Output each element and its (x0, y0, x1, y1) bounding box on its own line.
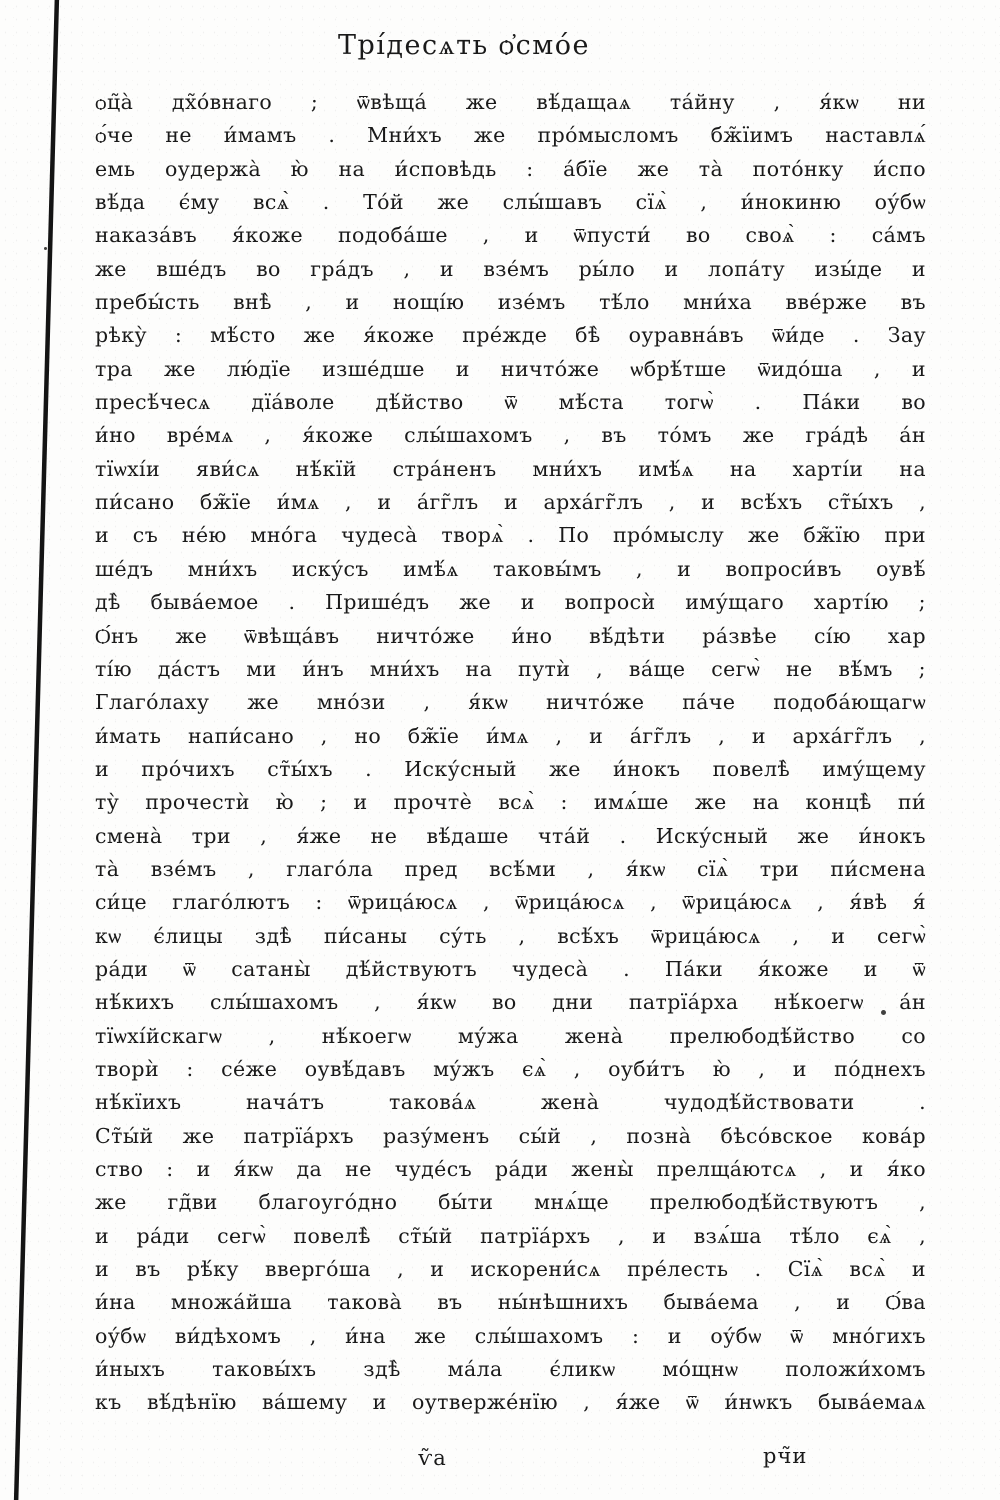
text-line: наказа́въ я́коже подоба́ше , и ѿпусти́ в… (95, 219, 926, 252)
text-line: и ра́ди сегѡ̀ повелѣ̀ ст̃ы́й патрїа́рхъ … (95, 1220, 926, 1253)
text-line: си́це глаго́лютъ : ѿрица́юсѧ , ѿрица́юсѧ… (95, 886, 926, 919)
text-line: Глаго́лаху же мно́зи , я́кѡ ничто́же па́… (95, 686, 926, 719)
text-line: и́на множа́йша такова̀ въ ны́нѣшнихъ быв… (95, 1286, 926, 1319)
text-line: и съ не́ю мно́га чудеса̀ творѧ̀ . По про… (95, 519, 926, 552)
text-line: творѝ : се́же оувѣ́давъ му́жъ єѧ̀ , оуби… (95, 1053, 926, 1086)
text-line: и́но вре́мѧ , я́коже слы́шахомъ , въ то́… (95, 419, 926, 452)
text-line: къ вѣ́дѣнїю ва́шему и оутверже́нїю , я́ж… (95, 1386, 926, 1419)
text-line: ство : и я́кѡ да не чуде́съ ра́ди жены̀ … (95, 1153, 926, 1186)
scan-speck (44, 247, 47, 250)
text-line: ѻ́че не и́мамъ . Мни́хъ же про́мысломъ б… (95, 119, 926, 152)
text-line: ра́ди ѿ сатаны̀ дѣ́йствуютъ чудеса̀ . Па… (95, 953, 926, 986)
folio-number: рч̃и (763, 1444, 807, 1468)
text-line: же вше́дъ во гра́дъ , и взе́мъ ры́ло и л… (95, 253, 926, 286)
text-line: емь оудержа̀ ю̀ на и́сповѣдь : а́бїе же … (95, 153, 926, 186)
text-line: пребы́сть внѣ̀ , и нощі́ю изе́мъ тѣ́ло м… (95, 286, 926, 319)
text-line: пресѣ́чесѧ дїа́воле дѣ́йство ѿ мѣ́ста то… (95, 386, 926, 419)
text-line: дѣ̀ быва́емое . Прише́дъ же и вопросѝ им… (95, 586, 926, 619)
text-line: вѣ́да є́му всѧ̀ . То́й же слы́шавъ сїѧ̀ … (95, 186, 926, 219)
text-line: нѣ́кихъ слы́шахомъ , я́кѡ во дни патрїа́… (95, 986, 926, 1019)
text-line: и про́чихъ ст̃ы́хъ . Иску́сный же и́нокъ… (95, 753, 926, 786)
chapter-title: Трі́десѧть ѻ̓смо́е (338, 30, 518, 61)
text-line: ті́ю да́стъ ми и́нъ мни́хъ на путѝ , ва́… (95, 653, 926, 686)
text-line: ту̀ прочестѝ ю̀ ; и прочтѐ всѧ̀ : имѧ́ше… (95, 786, 926, 819)
text-line: пи́сано бж̃їе и́мѧ , и а́гг̃лъ и арха́гг… (95, 486, 926, 519)
scan-speck (881, 1010, 886, 1015)
text-line: же гд̃ви благоуго́дно бы́ти мнѧ́ще прелю… (95, 1186, 926, 1219)
text-line: ѻц̃а̀ дх̃о́внаго ; ѿвѣща́ же вѣ́дащаѧ та… (95, 86, 926, 119)
quire-signature-mark: ѵ̃а (418, 1446, 447, 1470)
scanned-book-page: { "colors": { "ink": "#1a1a1a", "paper":… (0, 0, 1000, 1500)
text-line: и́мать напи́сано , но бж̃їе и́мѧ , и а́г… (95, 720, 926, 753)
text-line: нѣ́кїихъ нача́тъ такова́ѧ жена̀ чудодѣ́й… (95, 1086, 926, 1119)
text-line: смена̀ три , я́же не вѣ́даше чта́й . Иск… (95, 820, 926, 853)
text-line: тїѡхі́йскагѡ , нѣ́коегѡ му́жа жена̀ прел… (95, 1020, 926, 1053)
text-line: и́ныхъ таковы́хъ здѣ̀ ма́ла є́ликѡ мо́щн… (95, 1353, 926, 1386)
text-line: Ѻ́нъ же ѿвѣща́въ ничто́же и́но вѣ́дѣти р… (95, 620, 926, 653)
text-line: Ст̃ы́й же патрїа́рхъ разу́менъ сы́й , по… (95, 1120, 926, 1153)
text-line: оу́бѡ ви́дѣхомъ , и́на же слы́шахомъ : и… (95, 1320, 926, 1353)
text-line: тра же лю́дїе изше́дше и ничто́же ѡбрѣ́т… (95, 353, 926, 386)
text-line: рѣку̀ : мѣ́сто же я́коже пре́жде бѣ̀ оур… (95, 319, 926, 352)
text-line: тїѡхі́и яви́сѧ нѣ́кїй стра́ненъ мни́хъ и… (95, 453, 926, 486)
text-line: та̀ взе́мъ , глаго́ла пред всѣ́ми , я́кѡ… (95, 853, 926, 886)
text-line: кѡ є́лицы здѣ̀ пи́саны су́ть , всѣ́хъ ѿр… (95, 920, 926, 953)
text-line: ше́дъ мни́хъ иску́съ имѣ́ѧ таковы́мъ , и… (95, 553, 926, 586)
text-block: ѻц̃а̀ дх̃о́внаго ; ѿвѣща́ же вѣ́дащаѧ та… (95, 86, 926, 1420)
text-line: и въ рѣ́ку вверго́ша , и искорени́сѧ пре… (95, 1253, 926, 1286)
